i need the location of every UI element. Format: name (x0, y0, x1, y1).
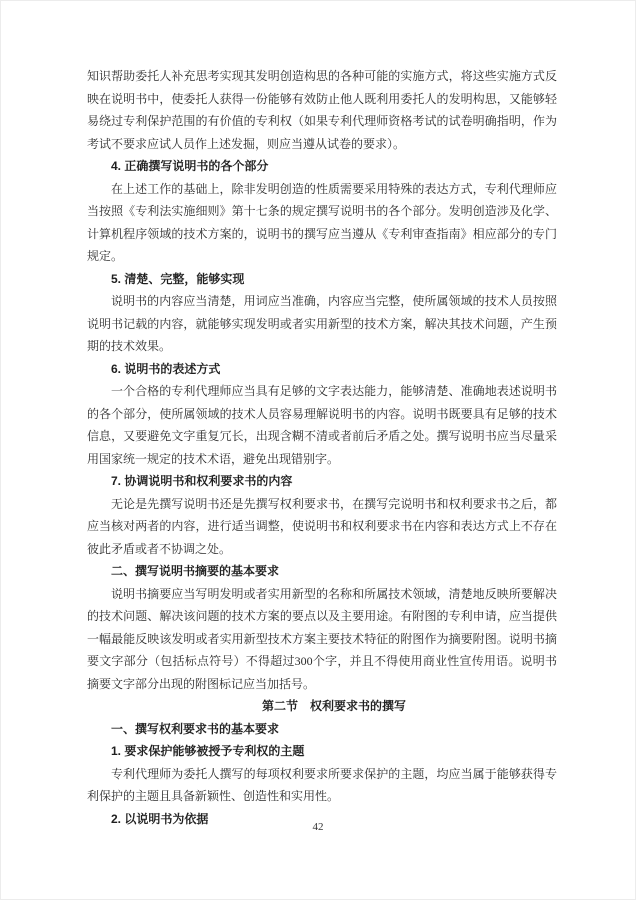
paragraph-7: 无论是先撰写说明书还是先撰写权利要求书，在撰写完说明书和权利要求书之后，都应当核… (87, 493, 557, 561)
subheading-6: 6. 说明书的表述方式 (87, 358, 557, 381)
paragraph-continuation: 知识帮助委托人补充思考实现其发明创造构思的各种可能的实施方式，将这些实施方式反映… (87, 65, 557, 155)
document-text-block: 知识帮助委托人补充思考实现其发明创造构思的各种可能的实施方式，将这些实施方式反映… (87, 65, 557, 830)
paragraph-6: 一个合格的专利代理师应当具有足够的文字表达能力，能够清楚、准确地表述说明书的各个… (87, 380, 557, 470)
subheading-claims-basic: 一、撰写权利要求书的基本要求 (87, 718, 557, 741)
paragraph-4: 在上述工作的基础上，除非发明创造的性质需要采用特殊的表达方式，专利代理师应当按照… (87, 178, 557, 268)
subheading-5: 5. 清楚、完整，能够实现 (87, 268, 557, 291)
subheading-claim-1: 1. 要求保护能够被授予专利权的主题 (87, 740, 557, 763)
subheading-abstract: 二、撰写说明书摘要的基本要求 (87, 560, 557, 583)
document-page: 知识帮助委托人补充思考实现其发明创造构思的各种可能的实施方式，将这些实施方式反映… (0, 0, 636, 900)
subheading-7: 7. 协调说明书和权利要求书的内容 (87, 470, 557, 493)
section-heading: 第二节 权利要求书的撰写 (87, 695, 557, 718)
subheading-4: 4. 正确撰写说明书的各个部分 (87, 155, 557, 178)
page-number: 42 (1, 821, 635, 833)
paragraph-5: 说明书的内容应当清楚，用词应当准确，内容应当完整，使所属领域的技术人员按照说明书… (87, 290, 557, 358)
paragraph-claim-1: 专利代理师为委托人撰写的每项权利要求所要求保护的主题，均应当属于能够获得专利保护… (87, 763, 557, 808)
paragraph-abstract: 说明书摘要应当写明发明或者实用新型的名称和所属技术领域，清楚地反映所要解决的技术… (87, 583, 557, 696)
